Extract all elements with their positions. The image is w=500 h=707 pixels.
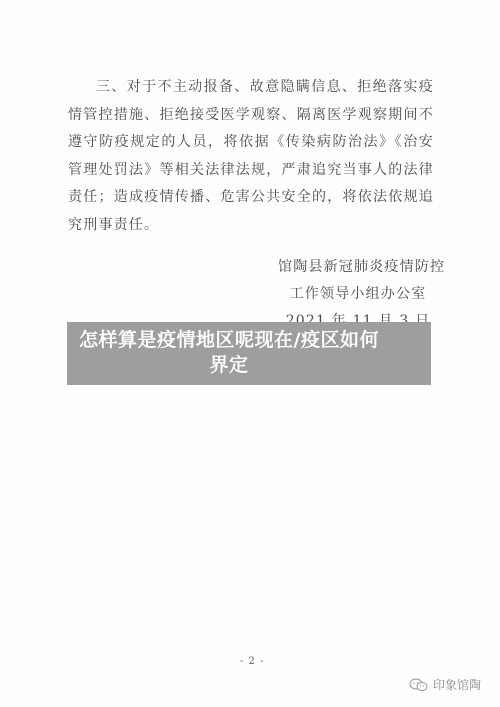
article-title-banner: 怎样算是疫情地区呢现在/疫区如何 界定 xyxy=(67,322,431,385)
banner-title-line1: 怎样算是疫情地区呢现在/疫区如何 xyxy=(75,328,423,353)
document-page: 三、对于不主动报备、故意隐瞒信息、拒绝落实疫情管控措施、拒绝接受医学观察、隔离医… xyxy=(0,0,500,707)
watermark-label: 印象馆陶 xyxy=(433,676,481,693)
signature-org-line1: 馆陶县新冠肺炎疫情防控 xyxy=(278,254,438,281)
source-watermark: 印象馆陶 xyxy=(409,676,481,693)
signature-org-line2: 工作领导小组办公室 xyxy=(278,281,438,308)
wechat-icon xyxy=(409,678,429,692)
page-number: - 2 - xyxy=(240,656,264,667)
notice-body: 三、对于不主动报备、故意隐瞒信息、拒绝落实疫情管控措施、拒绝接受医学观察、隔离医… xyxy=(68,74,434,239)
banner-title-line2: 界定 xyxy=(75,353,423,378)
notice-paragraph-three: 三、对于不主动报备、故意隐瞒信息、拒绝落实疫情管控措施、拒绝接受医学观察、隔离医… xyxy=(68,74,434,239)
